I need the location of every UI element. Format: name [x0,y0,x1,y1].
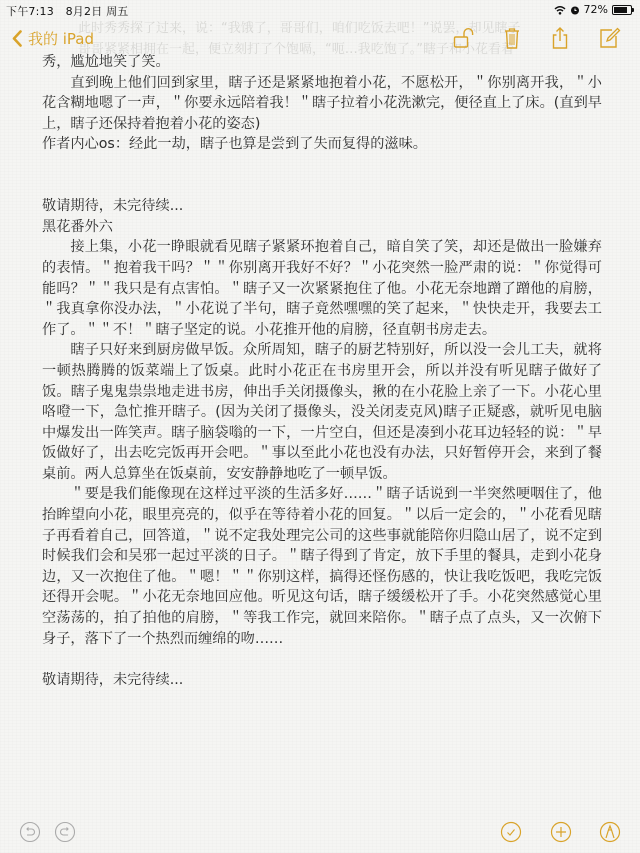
battery-percent: 72% [584,3,608,16]
blank-line [42,176,602,197]
to-be-continued: 敬请期待，未完待续... [42,196,602,217]
add-icon[interactable] [550,821,572,843]
trash-icon[interactable] [500,26,524,50]
to-be-continued: 敬请期待，未完待续... [42,670,602,691]
paragraph: ＂要是我们能像现在这样过平淡的生活多好……＂瞎子话说到一半突然哽咽住了，他抬眸望… [42,484,602,649]
nav-bar: 我的 iPad [0,18,640,58]
author-note: 作者内心os：经此一劫，瞎子也算是尝到了失而复得的滋味。 [42,134,602,155]
chapter-title: 黑花番外六 [42,217,602,238]
paragraph: 瞎子只好来到厨房做早饭。众所周知，瞎子的厨艺特别好，所以没一会儿工夫，就将一顿热… [42,340,602,484]
share-icon[interactable] [548,26,572,50]
undo-icon[interactable] [19,821,41,843]
markup-icon[interactable] [599,821,621,843]
paragraph: 直到晚上他们回到家里，瞎子还是紧紧地抱着小花，不愿松开，＂你别离开我，＂小花含糊… [42,73,602,135]
wifi-icon [554,5,566,15]
unlock-icon[interactable] [452,26,476,50]
alarm-icon [570,5,580,15]
paragraph: 接上集，小花一睁眼就看见瞎子紧紧环抱着自己，暗自笑了笑，却还是做出一脸嫌弃的表情… [42,237,602,340]
status-date: 8月2日 周五 [66,5,129,18]
blank-line [42,649,602,670]
status-bar: 下午7:13 8月2日 周五 72% [0,0,640,18]
bottom-toolbar [0,815,640,851]
status-time: 下午7:13 [6,5,54,18]
note-body[interactable]: 秀，尴尬地笑了笑。 直到晚上他们回到家里，瞎子还是紧紧地抱着小花，不愿松开，＂你… [42,52,602,690]
compose-icon[interactable] [598,26,622,50]
blank-line [42,155,602,176]
checklist-icon[interactable] [500,821,522,843]
battery-icon [612,5,632,15]
redo-icon[interactable] [54,821,76,843]
